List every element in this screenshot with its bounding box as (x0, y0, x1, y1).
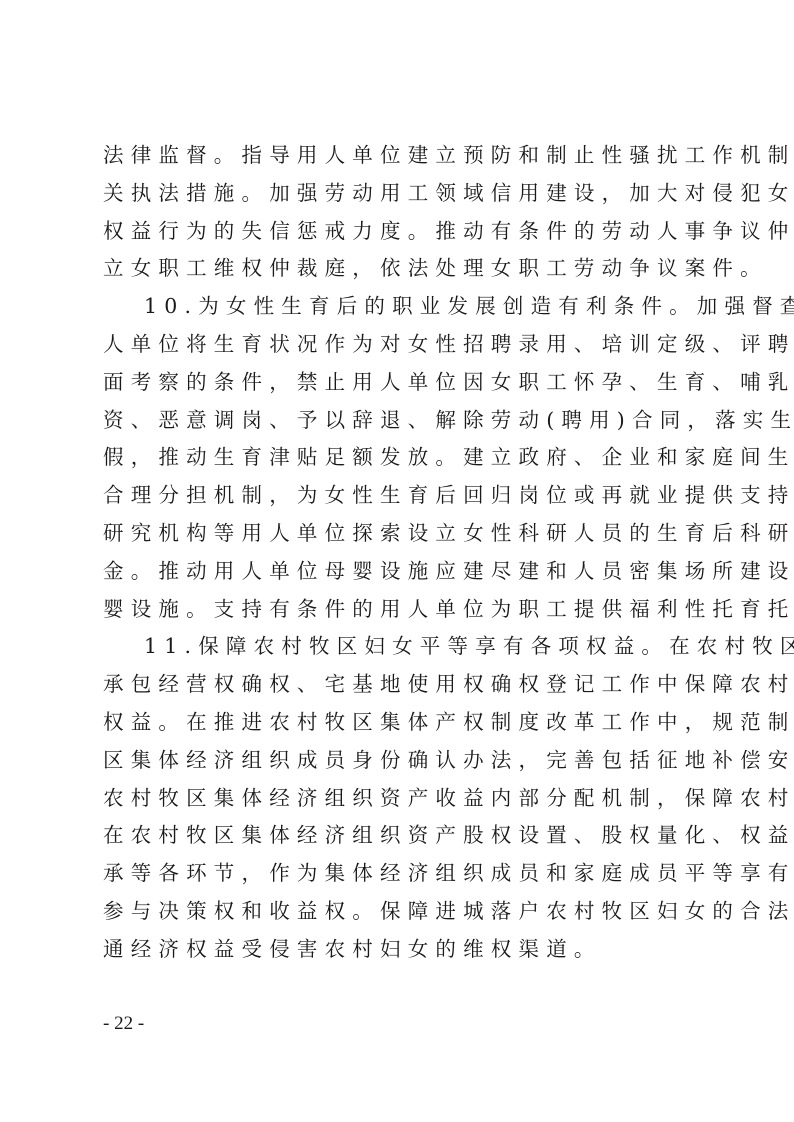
text-line: 法律监督。指导用人单位建立预防和制止性骚扰工作机制，完善相 (103, 137, 693, 175)
text-line: 假，推动生育津贴足额发放。建立政府、企业和家庭间生育成本的 (103, 439, 693, 477)
paragraph-item-10: 10.为女性生育后的职业发展创造有利条件。加强督查，禁止用 人单位将生育状况作为… (103, 288, 693, 628)
text-line: 通经济权益受侵害农村妇女的维权渠道。 (103, 931, 693, 969)
text-line: 婴设施。支持有条件的用人单位为职工提供福利性托育托管服务。 (103, 591, 693, 629)
text-line: 承等各环节，作为集体经济组织成员和家庭成员平等享有知情权、 (103, 855, 693, 893)
text-line: 资、恶意调岗、予以辞退、解除劳动(聘用)合同，落实生育奖励 (103, 402, 693, 440)
text-line: 10.为女性生育后的职业发展创造有利条件。加强督查，禁止用 (103, 288, 693, 326)
text-line: 在农村牧区集体经济组织资产股权设置、股权量化、权益流转和继 (103, 817, 693, 855)
text-line: 合理分担机制，为女性生育后回归岗位或再就业提供支持。学校、 (103, 477, 693, 515)
text-line: 人单位将生育状况作为对女性招聘录用、培训定级、评聘晋升等方 (103, 326, 693, 364)
text-line: 关执法措施。加强劳动用工领域信用建设，加大对侵犯女职工劳动 (103, 175, 693, 213)
text-line: 区集体经济组织成员身份确认办法，完善包括征地补偿安置在内的 (103, 742, 693, 780)
text-line: 11.保障农村牧区妇女平等享有各项权益。在农村牧区土地草原 (103, 628, 693, 666)
paragraph-item-11: 11.保障农村牧区妇女平等享有各项权益。在农村牧区土地草原 承包经营权确权、宅基… (103, 628, 693, 968)
text-line: 农村牧区集体经济组织资产收益内部分配机制，保障农村牧区妇女 (103, 780, 693, 818)
text-line: 面考察的条件，禁止用人单位因女职工怀孕、生育、哺乳而降低工 (103, 364, 693, 402)
text-line: 权益。在推进农村牧区集体产权制度改革工作中，规范制定农村牧 (103, 704, 693, 742)
text-line: 立女职工维权仲裁庭，依法处理女职工劳动争议案件。 (103, 250, 693, 288)
paragraph-continued: 法律监督。指导用人单位建立预防和制止性骚扰工作机制，完善相 关执法措施。加强劳动… (103, 137, 693, 288)
text-line: 参与决策权和收益权。保障进城落户农村牧区妇女的合法权益，畅 (103, 893, 693, 931)
text-line: 权益行为的失信惩戒力度。推动有条件的劳动人事争议仲裁机构设 (103, 213, 693, 251)
document-body: 法律监督。指导用人单位建立预防和制止性骚扰工作机制，完善相 关执法措施。加强劳动… (103, 137, 693, 969)
document-page: 法律监督。指导用人单位建立预防和制止性骚扰工作机制，完善相 关执法措施。加强劳动… (0, 0, 794, 1122)
text-line: 承包经营权确权、宅基地使用权确权登记工作中保障农村牧区妇女 (103, 666, 693, 704)
page-number: - 22 - (103, 1013, 144, 1035)
text-line: 研究机构等用人单位探索设立女性科研人员的生育后科研回归基 (103, 515, 693, 553)
text-line: 金。推动用人单位母婴设施应建尽建和人员密集场所建设标准化母 (103, 553, 693, 591)
